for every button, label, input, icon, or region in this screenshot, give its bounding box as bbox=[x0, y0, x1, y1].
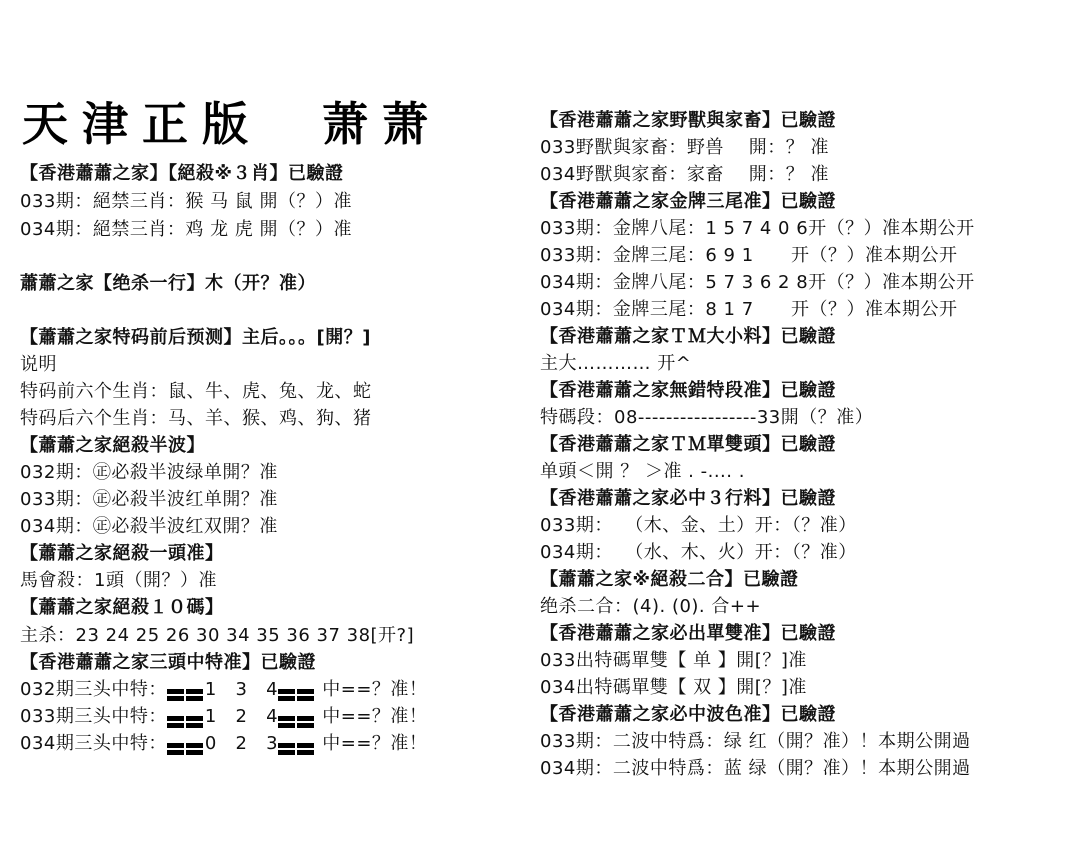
section-heading: 【香港蕭蕭之家野獸與家畜】已驗證 bbox=[540, 110, 836, 132]
text-line: 主杀：23 24 25 26 30 34 35 36 37 38[开?] bbox=[20, 625, 414, 647]
head-numbers: 0 2 3 bbox=[205, 733, 278, 754]
section-heading: 【蕭蕭之家※絕殺二合】已驗證 bbox=[540, 569, 799, 591]
row-label: 032期三头中特： bbox=[20, 679, 167, 700]
trigram-icon bbox=[278, 733, 316, 755]
text-line: 绝杀二合：(4). (0). 合++ bbox=[540, 596, 761, 618]
page-title: 天津正版 萧萧 bbox=[22, 88, 442, 154]
section-heading: 【香港蕭蕭之家】【絕殺※３肖】已驗證 bbox=[20, 163, 344, 185]
text-line: 主大………… 开^ bbox=[540, 353, 691, 375]
text-line: 特码后六个生肖：马、羊、猴、鸡、狗、猪 bbox=[20, 408, 372, 430]
head-numbers: 1 2 4 bbox=[205, 706, 278, 727]
text-line: 馬會殺：1頭（開？）准 bbox=[20, 570, 217, 592]
row-suffix: 中==？准！ bbox=[316, 733, 427, 754]
section-heading: 蕭蕭之家【绝杀一行】木（开？准） bbox=[20, 273, 316, 295]
section-heading: 【香港蕭蕭之家必中波色准】已驗證 bbox=[540, 704, 836, 726]
row-label: 033期三头中特： bbox=[20, 706, 167, 727]
section-heading: 【香港蕭蕭之家金牌三尾准】已驗證 bbox=[540, 191, 836, 213]
trigram-icon bbox=[278, 706, 316, 728]
text-line: 033期：絕禁三肖：猴 马 鼠 開（？）准 bbox=[20, 191, 352, 213]
text-line: 033期：金牌八尾：1 5 7 4 0 6开（？）准本期公开 bbox=[540, 218, 975, 240]
section-heading: 【香港蕭蕭之家ＴＭ大小料】已驗證 bbox=[540, 326, 836, 348]
trigram-icon bbox=[167, 706, 205, 728]
text-line: 034期：金牌三尾：8 1 7 开（？）准本期公开 bbox=[540, 299, 958, 321]
text-line: 034期：金牌八尾：5 7 3 6 2 8开（？）准本期公开 bbox=[540, 272, 975, 294]
text-line: 特码前六个生肖：鼠、牛、虎、兔、龙、蛇 bbox=[20, 381, 372, 403]
section-heading: 【蕭蕭之家絕殺半波】 bbox=[20, 435, 205, 457]
text-line: 034出特碼單雙【 双 】開[？]准 bbox=[540, 677, 807, 699]
three-head-row: 033期三头中特：1 2 4 中==？准！ bbox=[20, 706, 427, 728]
section-heading: 【香港蕭蕭之家ＴＭ單雙頭】已驗證 bbox=[540, 434, 836, 456]
text-line: 033期： （木、金、土）开：（？准） bbox=[540, 515, 857, 537]
text-line: 034期：絕禁三肖：鸡 龙 虎 開（？）准 bbox=[20, 219, 352, 241]
text-line: 034期：二波中特爲：蓝 绿（開？准）！本期公開過 bbox=[540, 758, 971, 780]
text-line: 说明 bbox=[20, 354, 57, 376]
section-heading: 【香港蕭蕭之家必中３行料】已驗證 bbox=[540, 488, 836, 510]
trigram-icon bbox=[278, 679, 316, 701]
section-heading: 【香港蕭蕭之家三頭中特准】已驗證 bbox=[20, 652, 316, 674]
three-head-row: 034期三头中特：0 2 3 中==？准！ bbox=[20, 733, 427, 755]
row-suffix: 中==？准！ bbox=[316, 679, 427, 700]
row-suffix: 中==？准！ bbox=[316, 706, 427, 727]
text-line: 033期：㊣必殺半波红单開？准 bbox=[20, 489, 278, 511]
three-head-row: 032期三头中特：1 3 4 中==？准！ bbox=[20, 679, 427, 701]
text-line: 033出特碼單雙【 单 】開[？]准 bbox=[540, 650, 807, 672]
trigram-icon bbox=[167, 733, 205, 755]
text-line: 034期： （水、木、火）开：（？准） bbox=[540, 542, 857, 564]
text-line: 034野獸與家畜：家畜 開：？ 准 bbox=[540, 164, 829, 186]
section-heading: 【蕭蕭之家特码前后预测】主后。。。[開？] bbox=[20, 327, 371, 349]
text-line: 033野獸與家畜：野兽 開：？ 准 bbox=[540, 137, 829, 159]
section-heading: 【香港蕭蕭之家必出單雙准】已驗證 bbox=[540, 623, 836, 645]
text-line: 033期：二波中特爲：绿 红（開？准）！本期公開過 bbox=[540, 731, 971, 753]
trigram-icon bbox=[167, 679, 205, 701]
head-numbers: 1 3 4 bbox=[205, 679, 278, 700]
text-line: 单頭＜開 ？ ＞准 . -.... . bbox=[540, 461, 745, 483]
text-line: 033期：金牌三尾：6 9 1 开（？）准本期公开 bbox=[540, 245, 958, 267]
text-line: 032期：㊣必殺半波绿单開？准 bbox=[20, 462, 278, 484]
text-line: 034期：㊣必殺半波红双開？准 bbox=[20, 516, 278, 538]
section-heading: 【香港蕭蕭之家無錯特段准】已驗證 bbox=[540, 380, 836, 402]
text-line: 特碼段：08-----------------33開（？准） bbox=[540, 407, 873, 429]
section-heading: 【蕭蕭之家絕殺１０碼】 bbox=[20, 597, 224, 619]
section-heading: 【蕭蕭之家絕殺一頭准】 bbox=[20, 543, 224, 565]
row-label: 034期三头中特： bbox=[20, 733, 167, 754]
